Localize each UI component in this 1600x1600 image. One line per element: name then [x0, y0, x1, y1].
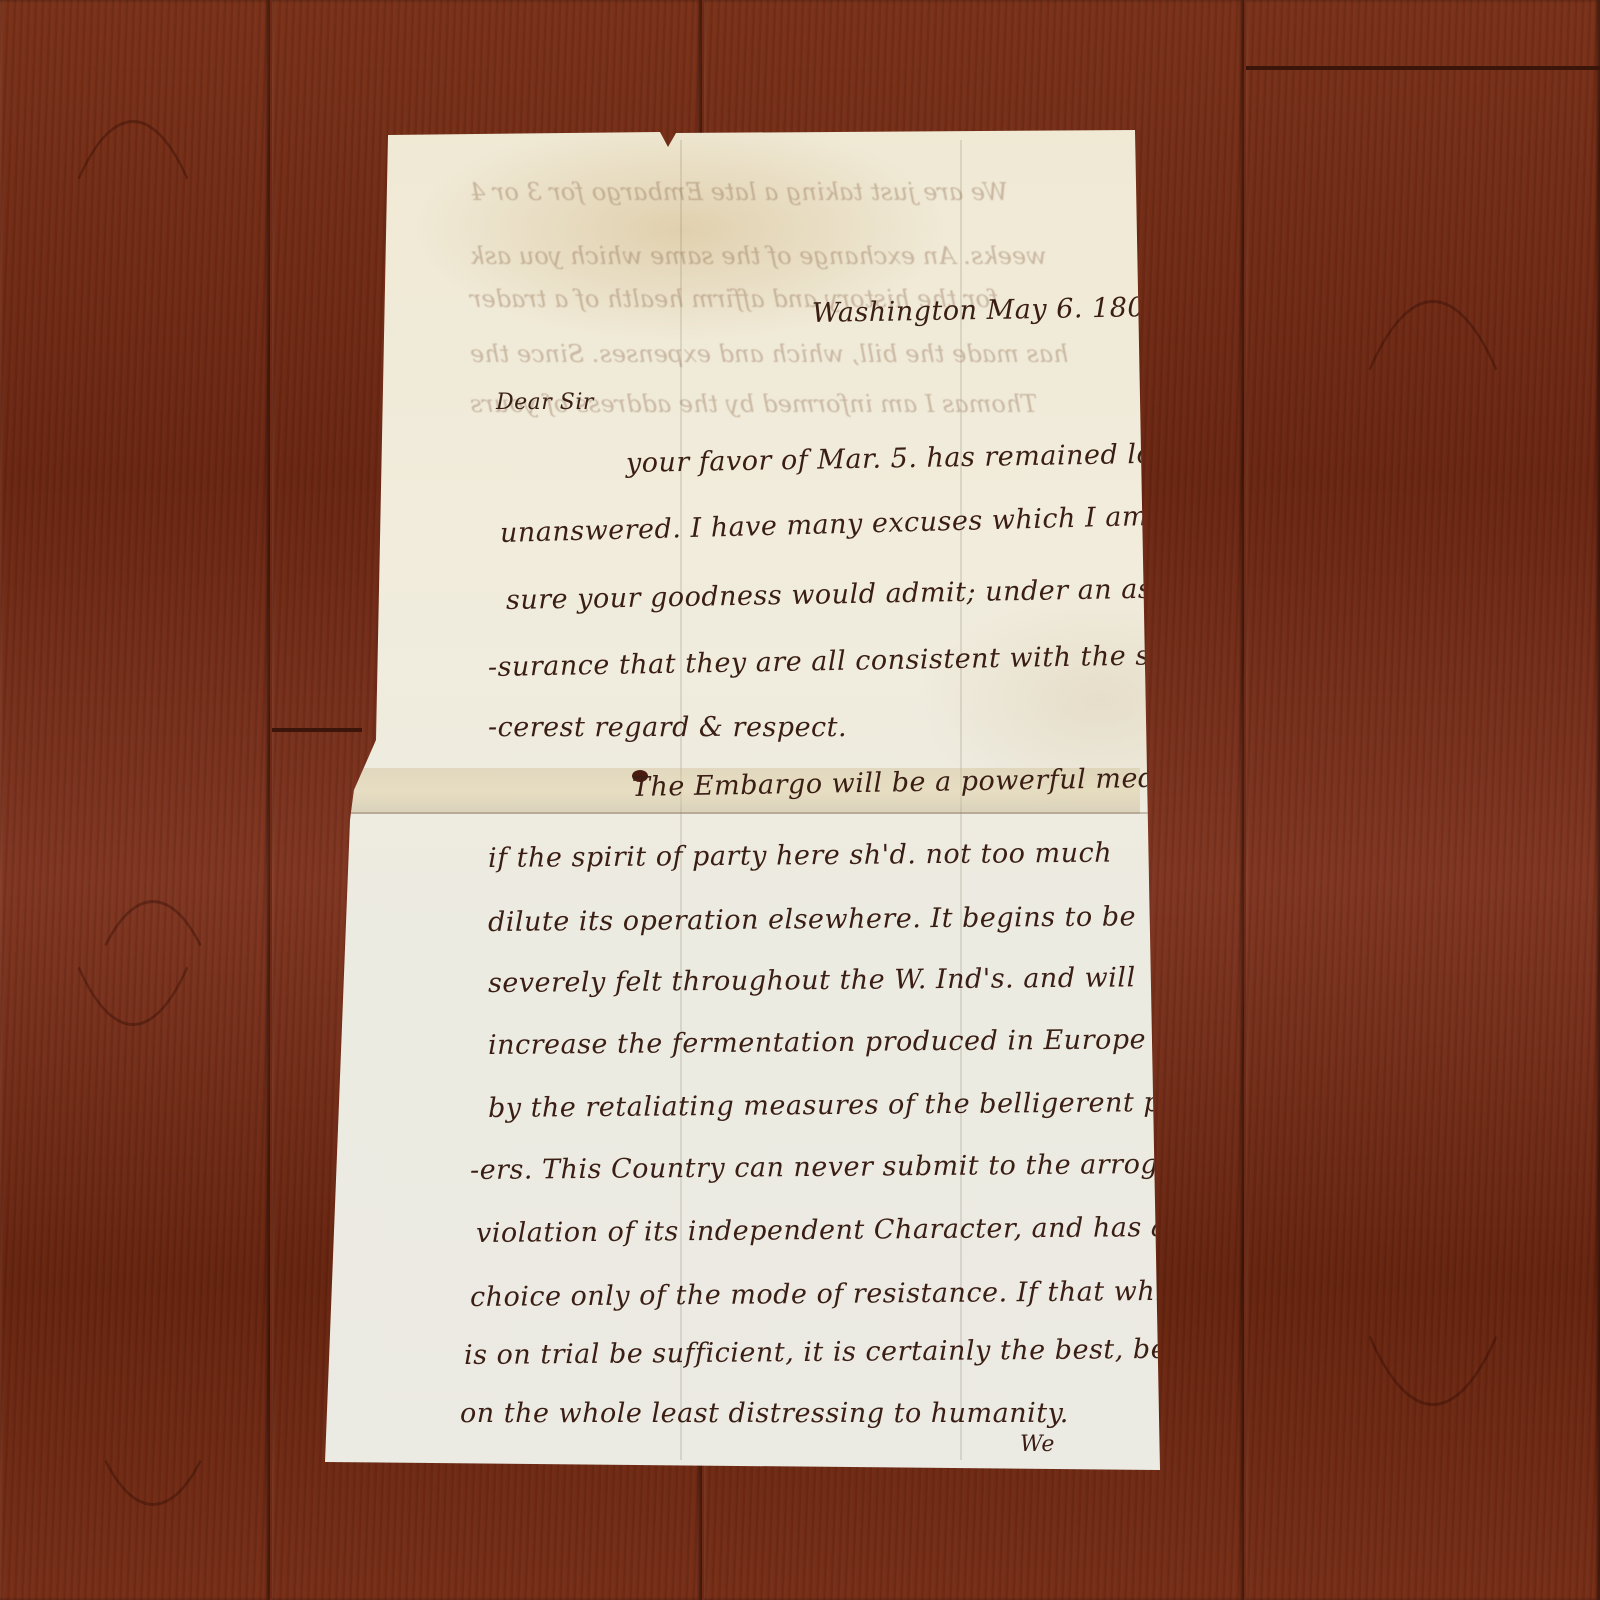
floor-seam: [272, 728, 362, 732]
letter-line: -surance that they are all consistent wi…: [488, 640, 1187, 683]
letter-line: your favor of Mar. 5. has remained long: [626, 438, 1189, 479]
letter-line: sure your goodness would admit; under an…: [506, 574, 1162, 616]
letter-line: is on trial be sufficient, it is certain…: [464, 1333, 1248, 1371]
letter-line: severely felt throughout the W. Ind's. a…: [488, 962, 1136, 999]
bleed-through-text: has made the bill, which and expenses. S…: [470, 340, 1069, 368]
catchword: We: [1020, 1432, 1055, 1457]
wood-grain: [60, 900, 246, 1506]
letter-line: by the retaliating measures of the belli…: [488, 1087, 1211, 1124]
letter-line: -ers. This Country can never submit to t…: [470, 1149, 1204, 1186]
letter-line: violation of its independent Character, …: [476, 1212, 1168, 1249]
salutation: Dear Sir: [496, 390, 594, 415]
wood-grain: [1300, 300, 1566, 1406]
letter-line: -cerest regard & respect.: [488, 712, 847, 743]
wood-grain: [20, 120, 246, 1026]
letter-line: unanswered. I have many excuses which I …: [500, 501, 1149, 549]
fold-crease: [350, 812, 1150, 814]
bleed-through-text: weeks. An exchange of the same which you…: [470, 242, 1047, 270]
letter-line: increase the fermentation produced in Eu…: [488, 1024, 1146, 1061]
letter-line: on the whole least distressing to humani…: [460, 1398, 1069, 1429]
letter-line: choice only of the mode of resistance. I…: [470, 1276, 1198, 1313]
bleed-through-text: We are just taking a late Embargo for 3 …: [470, 178, 1008, 206]
dateline: Washington May 6. 1808: [812, 292, 1163, 329]
letter-line: dilute its operation elsewhere. It begin…: [488, 901, 1136, 938]
letter-line: if the spirit of party here sh'd. not to…: [488, 838, 1112, 874]
floor-seam: [1246, 66, 1600, 70]
